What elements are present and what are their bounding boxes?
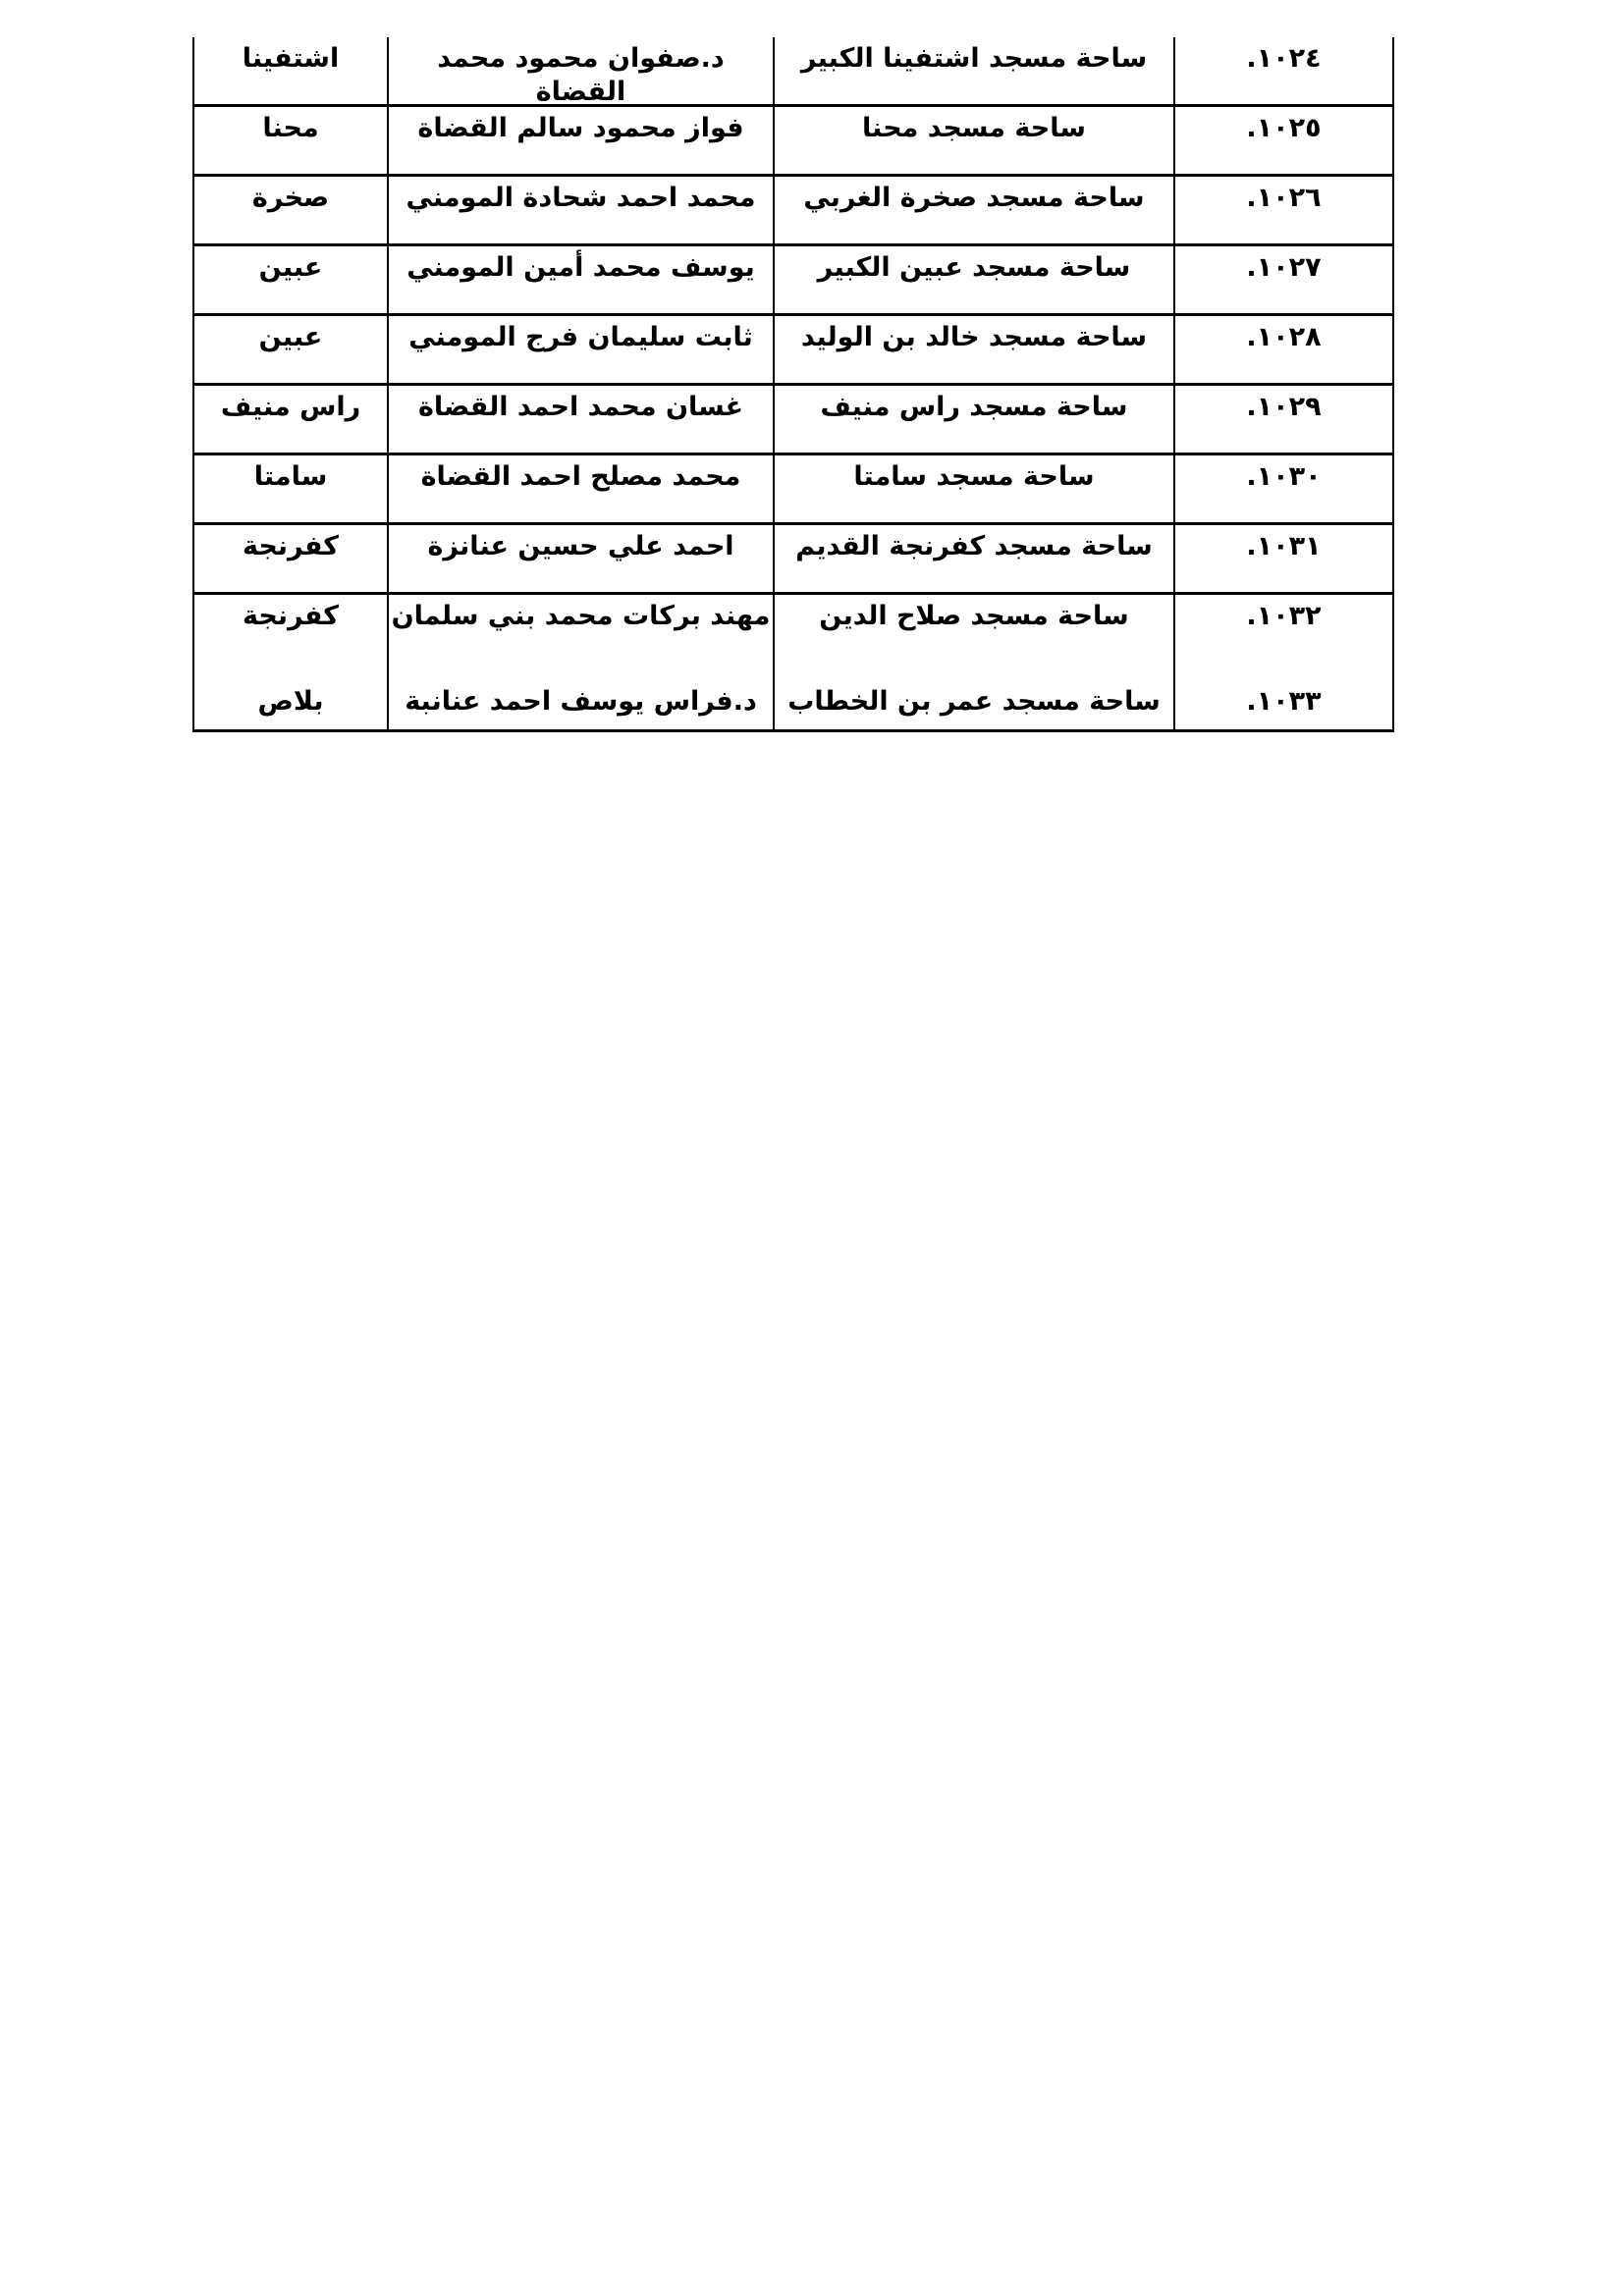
imam-value: مهند بركات محمد بني سلمان bbox=[389, 600, 773, 633]
document-page: ١٠٢٤. ساحة مسجد اشتفينا الكبير د.صفوان م… bbox=[0, 0, 1624, 2296]
mosque-cell: ساحة مسجد محنا bbox=[773, 107, 1173, 174]
serial-cell: ١٠٣٠. bbox=[1173, 455, 1392, 522]
mosque-cell: ساحة مسجد اشتفينا الكبير bbox=[773, 37, 1173, 104]
mosque-value: ساحة مسجد عمر بن الخطاب bbox=[775, 685, 1173, 719]
table-row: ١٠٢٥. ساحة مسجد محنا فواز محمود سالم الق… bbox=[194, 104, 1392, 174]
table-row: ١٠٢٨. ساحة مسجد خالد بن الوليد ثابت سليم… bbox=[194, 313, 1392, 383]
serial-cell: ١٠٢٦. bbox=[1173, 177, 1392, 243]
mosque-cell: ساحة مسجد خالد بن الوليد bbox=[773, 316, 1173, 383]
mosque-value: ساحة مسجد صلاح الدين bbox=[775, 600, 1173, 633]
serial-cell: ١٠٢٥. bbox=[1173, 107, 1392, 174]
village-cell: عبين bbox=[194, 316, 387, 383]
serial-cell: ١٠٢٨. bbox=[1173, 316, 1392, 383]
table-row: ١٠٢٩. ساحة مسجد راس منيف غسان محمد احمد … bbox=[194, 383, 1392, 453]
mosque-cell: ساحة مسجد صلاح الدين ساحة مسجد عمر بن ال… bbox=[773, 595, 1173, 729]
imam-cell: محمد مصلح احمد القضاة bbox=[387, 455, 773, 522]
table-row: ١٠٢٤. ساحة مسجد اشتفينا الكبير د.صفوان م… bbox=[194, 37, 1392, 104]
serial-cell: ١٠٢٧. bbox=[1173, 246, 1392, 313]
mosque-cell: ساحة مسجد راس منيف bbox=[773, 386, 1173, 453]
table-row: ١٠٣١. ساحة مسجد كفرنجة القديم احمد علي ح… bbox=[194, 522, 1392, 592]
imam-cell: فواز محمود سالم القضاة bbox=[387, 107, 773, 174]
table-row: ١٠٢٧. ساحة مسجد عبين الكبير يوسف محمد أم… bbox=[194, 243, 1392, 313]
imam-cell: ثابت سليمان فرج المومني bbox=[387, 316, 773, 383]
mosque-cell: ساحة مسجد صخرة الغربي bbox=[773, 177, 1173, 243]
imam-cell: غسان محمد احمد القضاة bbox=[387, 386, 773, 453]
serial-cell: ١٠٣١. bbox=[1173, 525, 1392, 592]
mosque-courtyards-table: ١٠٢٤. ساحة مسجد اشتفينا الكبير د.صفوان م… bbox=[192, 37, 1394, 732]
imam-cell: مهند بركات محمد بني سلمان د.فراس يوسف اح… bbox=[387, 595, 773, 729]
village-cell: كفرنجة بلاص bbox=[194, 595, 387, 729]
imam-cell: يوسف محمد أمين المومني bbox=[387, 246, 773, 313]
village-cell: عبين bbox=[194, 246, 387, 313]
serial-value: ١٠٣٢. bbox=[1175, 600, 1392, 633]
imam-value: د.فراس يوسف احمد عنانبة bbox=[389, 685, 773, 719]
imam-cell: محمد احمد شحادة المومني bbox=[387, 177, 773, 243]
village-cell: راس منيف bbox=[194, 386, 387, 453]
imam-cell: د.صفوان محمود محمد القضاة bbox=[387, 37, 773, 104]
table-row: ١٠٣٠. ساحة مسجد سامتا محمد مصلح احمد الق… bbox=[194, 453, 1392, 522]
imam-cell: احمد علي حسين عنانزة bbox=[387, 525, 773, 592]
serial-value: ١٠٣٣. bbox=[1175, 685, 1392, 719]
village-value: كفرنجة bbox=[194, 600, 387, 633]
village-value: بلاص bbox=[194, 685, 387, 719]
village-cell: كفرنجة bbox=[194, 525, 387, 592]
village-cell: سامتا bbox=[194, 455, 387, 522]
mosque-cell: ساحة مسجد عبين الكبير bbox=[773, 246, 1173, 313]
mosque-cell: ساحة مسجد كفرنجة القديم bbox=[773, 525, 1173, 592]
serial-cell: ١٠٢٤. bbox=[1173, 37, 1392, 104]
table-row-double: ١٠٣٢. ١٠٣٣. ساحة مسجد صلاح الدين ساحة مس… bbox=[194, 592, 1392, 729]
serial-cell: ١٠٣٢. ١٠٣٣. bbox=[1173, 595, 1392, 729]
table-row: ١٠٢٦. ساحة مسجد صخرة الغربي محمد احمد شح… bbox=[194, 174, 1392, 243]
serial-cell: ١٠٢٩. bbox=[1173, 386, 1392, 453]
village-cell: اشتفينا bbox=[194, 37, 387, 104]
village-cell: صخرة bbox=[194, 177, 387, 243]
village-cell: محنا bbox=[194, 107, 387, 174]
mosque-cell: ساحة مسجد سامتا bbox=[773, 455, 1173, 522]
